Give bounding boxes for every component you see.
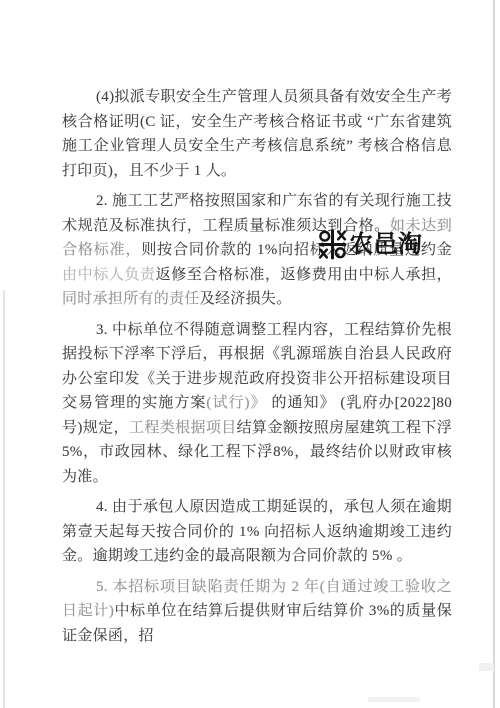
scan-edge-line-right [493,0,495,708]
text-segment: (4)拟派专职安全生产管理人员须具备有效安全生产考核合格证明(C 证，安全生产考… [62,89,452,179]
paragraph: 3. 中标单位不得随意调整工程内容，工程结算价先根据投标下浮率下浮后，再根据《乳… [62,318,452,490]
document-page: (4)拟派专职安全生产管理人员须具备有效安全生产考核合格证明(C 证，安全生产考… [0,0,500,708]
text-segment: 则按合同价款的 1%向招标人返纳质量违约金 [141,242,452,258]
paragraph-list: (4)拟派专职安全生产管理人员须具备有效安全生产考核合格证明(C 证，安全生产考… [62,85,452,648]
scan-edge-line-left [3,290,5,708]
paragraph: 4. 由于承包人原因造成工期延误的，承包人须在逾期第壹天起每天按合同价的 1% … [62,495,452,569]
text-segment: 返修至合格标准，返修费用由中标人承担， [156,267,452,283]
text-segment: 中标单位在结算后提供财审后结算价 3%的质量保证金保函，招 [62,603,452,644]
paragraph: 5. 本招标项目缺陷责任期为 2 年(自通过竣工验收之日起计)中标单位在结算后提… [62,575,452,649]
text-segment: 由中标人负责 [62,267,156,283]
text-segment: 工程类根据项目 [129,420,237,436]
text-segment: 4. 由于承包人原因造成工期延误的，承包人须在逾期第壹天起每天按合同价的 1% … [62,499,452,564]
text-segment: 及经济损失。 [200,291,292,307]
text-segment: 同时承担所有的责任 [62,291,200,307]
text-segment: (试行)》 [206,395,266,411]
scan-smudge [479,663,494,671]
scan-smudge [368,697,420,702]
paragraph: (4)拟派专职安全生产管理人员须具备有效安全生产考核合格证明(C 证，安全生产考… [62,85,452,183]
paragraph: 2. 施工工艺严格按照国家和广东省的有关现行施工技术规范及标准执行，工程质量标准… [62,189,452,312]
